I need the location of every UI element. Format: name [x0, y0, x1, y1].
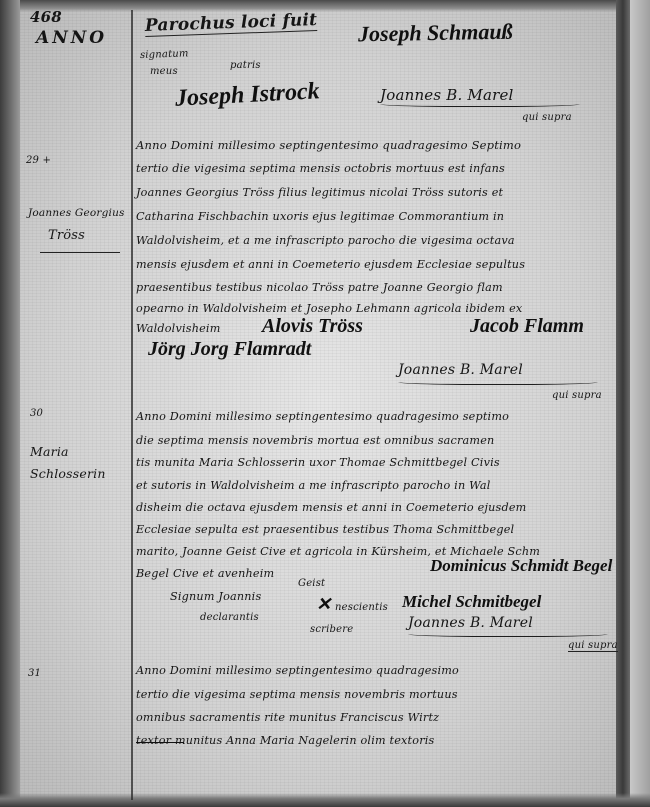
entry-1-signature-4: Joannes B. Marel	[398, 362, 523, 378]
entry-2-scribere: scribere	[310, 624, 353, 635]
entry-1-number: 29 +	[26, 155, 51, 166]
entry-2-line-5: disheim die octava ejusdem mensis et ann…	[136, 501, 526, 514]
entry-2-line-2: die septima mensis novembris mortua est …	[136, 434, 494, 447]
year-label: ANNO	[36, 28, 107, 48]
entry-2-margin-name-2: Schlosserin	[30, 466, 106, 481]
entry-1-line-9: Waldolvisheim	[136, 322, 221, 335]
entry-1-line-7: praesentibus testibus nicolao Tröss patr…	[136, 281, 503, 294]
entry-3-number: 31	[28, 668, 41, 679]
entry-2-signum: Signum Joannis	[170, 590, 261, 603]
qui-supra-header: qui supra	[522, 112, 572, 123]
entry-2-line-4: et sutoris in Waldolvisheim a me infrasc…	[136, 479, 491, 492]
scan-edge-top	[0, 0, 650, 12]
signature-flourish	[380, 100, 580, 107]
entry-1-line-5: Waldolvisheim, et a me infrascripto paro…	[136, 234, 515, 247]
entry-3-line-4: textor munitus Anna Maria Nagelerin olim…	[136, 734, 434, 747]
signature-schmauss: Joseph Schmauß	[358, 19, 513, 48]
entry-1-signature-2: Jacob Flamm	[470, 315, 584, 338]
entry-2-signature-2: Michel Schmitbegel	[402, 592, 541, 612]
entry-2-margin-name-1: Maria	[30, 444, 69, 459]
entry-3-line-1: Anno Domini millesimo septingentesimo qu…	[136, 664, 459, 677]
entry-1-line-6: mensis ejusdem et anni in Coemeterio eju…	[136, 258, 525, 271]
entry-2-qui-supra: qui supra	[568, 640, 618, 652]
entry-3-line-3: omnibus sacramentis rite munitus Francis…	[136, 711, 439, 724]
entry-2-signature-3: Joannes B. Marel	[408, 615, 533, 631]
entry-1-signature-flourish	[398, 378, 598, 385]
entry-1-margin-underline	[40, 252, 120, 253]
entry-2-nescientis: nescientis	[335, 602, 388, 613]
entry-1-line-8: opearno in Waldolvisheim et Josepho Lehm…	[136, 302, 522, 315]
entry-2-number: 30	[30, 408, 43, 419]
header-word-patris: patris	[230, 60, 261, 71]
page-number: 468	[30, 8, 62, 26]
header-word-meus: meus	[150, 66, 178, 77]
entry-2-line-6: Ecclesiae sepulta est praesentibus testi…	[136, 523, 514, 536]
entry-2-line-1: Anno Domini millesimo septingentesimo qu…	[136, 410, 509, 423]
entry-1-line-3: Joannes Georgius Tröss filius legitimus …	[136, 186, 503, 199]
scan-edge-left	[0, 0, 20, 807]
entry-3-line-2: tertio die vigesima septima mensis novem…	[136, 688, 458, 701]
margin-column-rule	[131, 10, 133, 800]
scanned-register-page: 468 ANNO Parochus loci fuit signatum meu…	[0, 0, 650, 807]
entry-2-declarantis: declarantis	[200, 612, 259, 623]
entry-1-line-1: Anno Domini millesimo septingentesimo qu…	[136, 138, 521, 152]
entry-2-signature-flourish	[408, 630, 608, 637]
entry-2-cross-mark: ✕	[316, 594, 331, 615]
entry-3-strikethrough	[136, 742, 184, 743]
entry-1-signature-3: Jörg Jorg Flamradt	[148, 338, 311, 361]
scan-edge-bottom	[0, 793, 650, 807]
entry-1-margin-name-2: Tröss	[48, 228, 85, 243]
entry-2-geist: Geist	[298, 578, 325, 589]
entry-2-line-8: Begel Cive et avenheim	[136, 567, 274, 580]
header-title: Parochus loci fuit	[145, 10, 318, 37]
signature-istrock: Joseph Istrock	[174, 78, 320, 113]
entry-1-qui-supra: qui supra	[552, 390, 602, 401]
entry-2-line-3: tis munita Maria Schlosserin uxor Thomae…	[136, 456, 500, 469]
entry-1-line-4: Catharina Fischbachin uxoris ejus legiti…	[136, 210, 504, 223]
entry-1-signature-1: Alovis Tröss	[262, 315, 363, 338]
entry-2-signature-1: Dominicus Schmidt Begel	[430, 556, 612, 576]
scan-edge-right	[630, 0, 650, 807]
scan-binding-shadow	[616, 0, 630, 807]
entry-1-margin-name-1: Joannes Georgius	[28, 207, 125, 219]
entry-1-line-2: tertio die vigesima septima mensis octob…	[136, 162, 505, 175]
header-signatum: signatum	[140, 48, 189, 61]
